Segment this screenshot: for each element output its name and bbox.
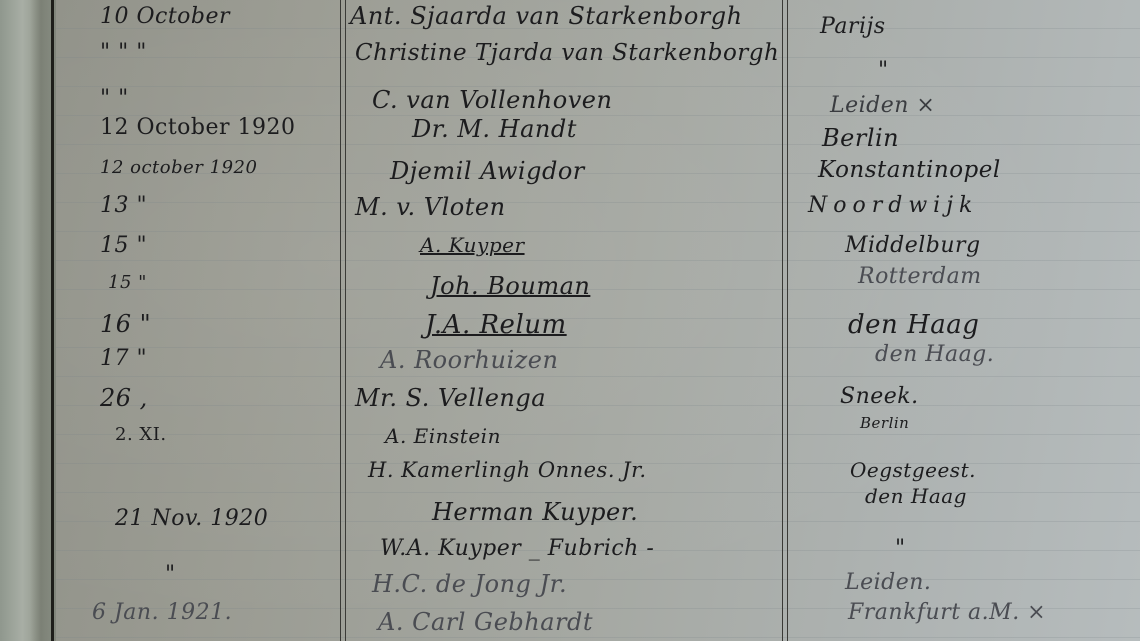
entry-place: Oegstgeest.	[850, 458, 976, 482]
register-row: " " " Christine Tjarda van Starkenborgh	[0, 40, 1140, 72]
entry-place: Berlin	[860, 414, 909, 432]
entry-name: A. Einstein	[385, 424, 501, 448]
entry-name: J.A. Relum	[425, 310, 567, 340]
register-row: " " C. van Vollenhoven "	[0, 86, 1140, 118]
entry-name: A. Kuyper	[420, 233, 525, 257]
register-row: 21 Nov. 1920 Herman Kuyper. den Haag	[0, 498, 1140, 530]
entry-date: " " "	[100, 40, 147, 65]
entry-date: 13 "	[100, 193, 147, 218]
entry-name: Ant. Sjaarda van Starkenborgh	[350, 2, 743, 30]
entry-date: 6 Jan. 1921.	[92, 600, 232, 625]
entry-place: "	[895, 536, 906, 561]
entry-date: 15 "	[108, 272, 147, 293]
entry-date: 12 October 1920	[100, 115, 296, 140]
entry-date: 2. XI.	[115, 424, 167, 445]
entry-place: den Haag	[848, 310, 979, 340]
entry-name: Joh. Bouman	[430, 272, 590, 300]
entry-date: 17 "	[100, 346, 147, 371]
entry-name: M. v. Vloten	[355, 193, 506, 221]
register-row: 13 " M. v. Vloten Noordwijk	[0, 193, 1140, 225]
entry-date: " "	[100, 86, 129, 111]
register-row: 16 " J.A. Relum den Haag	[0, 310, 1140, 342]
entry-date: 16 "	[100, 310, 151, 338]
entry-place: Berlin	[822, 124, 899, 152]
entry-place: Leiden.	[845, 570, 931, 595]
entry-name: Dr. M. Handt	[412, 115, 577, 143]
entry-name: A. Carl Gebhardt	[378, 608, 593, 636]
entry-place: den Haag	[865, 484, 967, 508]
entry-name: C. van Vollenhoven	[372, 86, 612, 114]
entry-name: Christine Tjarda van Starkenborgh	[355, 40, 779, 66]
entry-date: "	[165, 562, 176, 587]
entry-place: Parijs	[820, 14, 886, 39]
register-row: 26 , Mr. S. Vellenga Sneek.	[0, 384, 1140, 416]
register-row: " H.C. de Jong Jr. Leiden.	[0, 570, 1140, 602]
register-row: 17 " A. Roorhuizen den Haag.	[0, 346, 1140, 378]
entry-place: den Haag.	[875, 342, 994, 367]
entry-name: Mr. S. Vellenga	[355, 384, 546, 412]
register-row: Konstantinopel	[0, 157, 1140, 189]
register-row: H. Kamerlingh Onnes. Jr. Oegstgeest.	[0, 458, 1140, 490]
entry-place: Sneek.	[840, 384, 919, 409]
entry-date: 26 ,	[100, 384, 148, 412]
entry-place: "	[878, 58, 889, 83]
entry-place: Leiden ×	[830, 93, 935, 118]
entry-date: 15 "	[100, 233, 147, 258]
entry-place: Konstantinopel	[818, 157, 1001, 183]
entry-name: H.C. de Jong Jr.	[372, 570, 567, 598]
entry-date: 21 Nov. 1920	[115, 506, 268, 531]
register-row: 10 October Ant. Sjaarda van Starkenborgh…	[0, 4, 1140, 36]
entry-place: Frankfurt a.M. ×	[848, 600, 1046, 625]
entry-name: W.A. Kuyper _ Fubrich -	[380, 536, 654, 561]
register-row: 12 October 1920 Dr. M. Handt Leiden ×	[0, 115, 1140, 147]
register-row: 15 " Joh. Bouman Rotterdam	[0, 272, 1140, 304]
entry-place: Noordwijk	[808, 193, 978, 218]
entry-name: A. Roorhuizen	[380, 346, 558, 374]
entry-name: H. Kamerlingh Onnes. Jr.	[368, 458, 647, 482]
register-row: 15 " A. Kuyper Middelburg	[0, 233, 1140, 265]
entry-place: Rotterdam	[858, 264, 982, 289]
entry-place: Middelburg	[845, 233, 981, 258]
entry-name: Herman Kuyper.	[432, 498, 638, 526]
register-row: 6 Jan. 1921. A. Carl Gebhardt Frankfurt …	[0, 600, 1140, 632]
register-row: 2. XI. A. Einstein Berlin	[0, 424, 1140, 456]
entry-date: 10 October	[100, 4, 230, 29]
